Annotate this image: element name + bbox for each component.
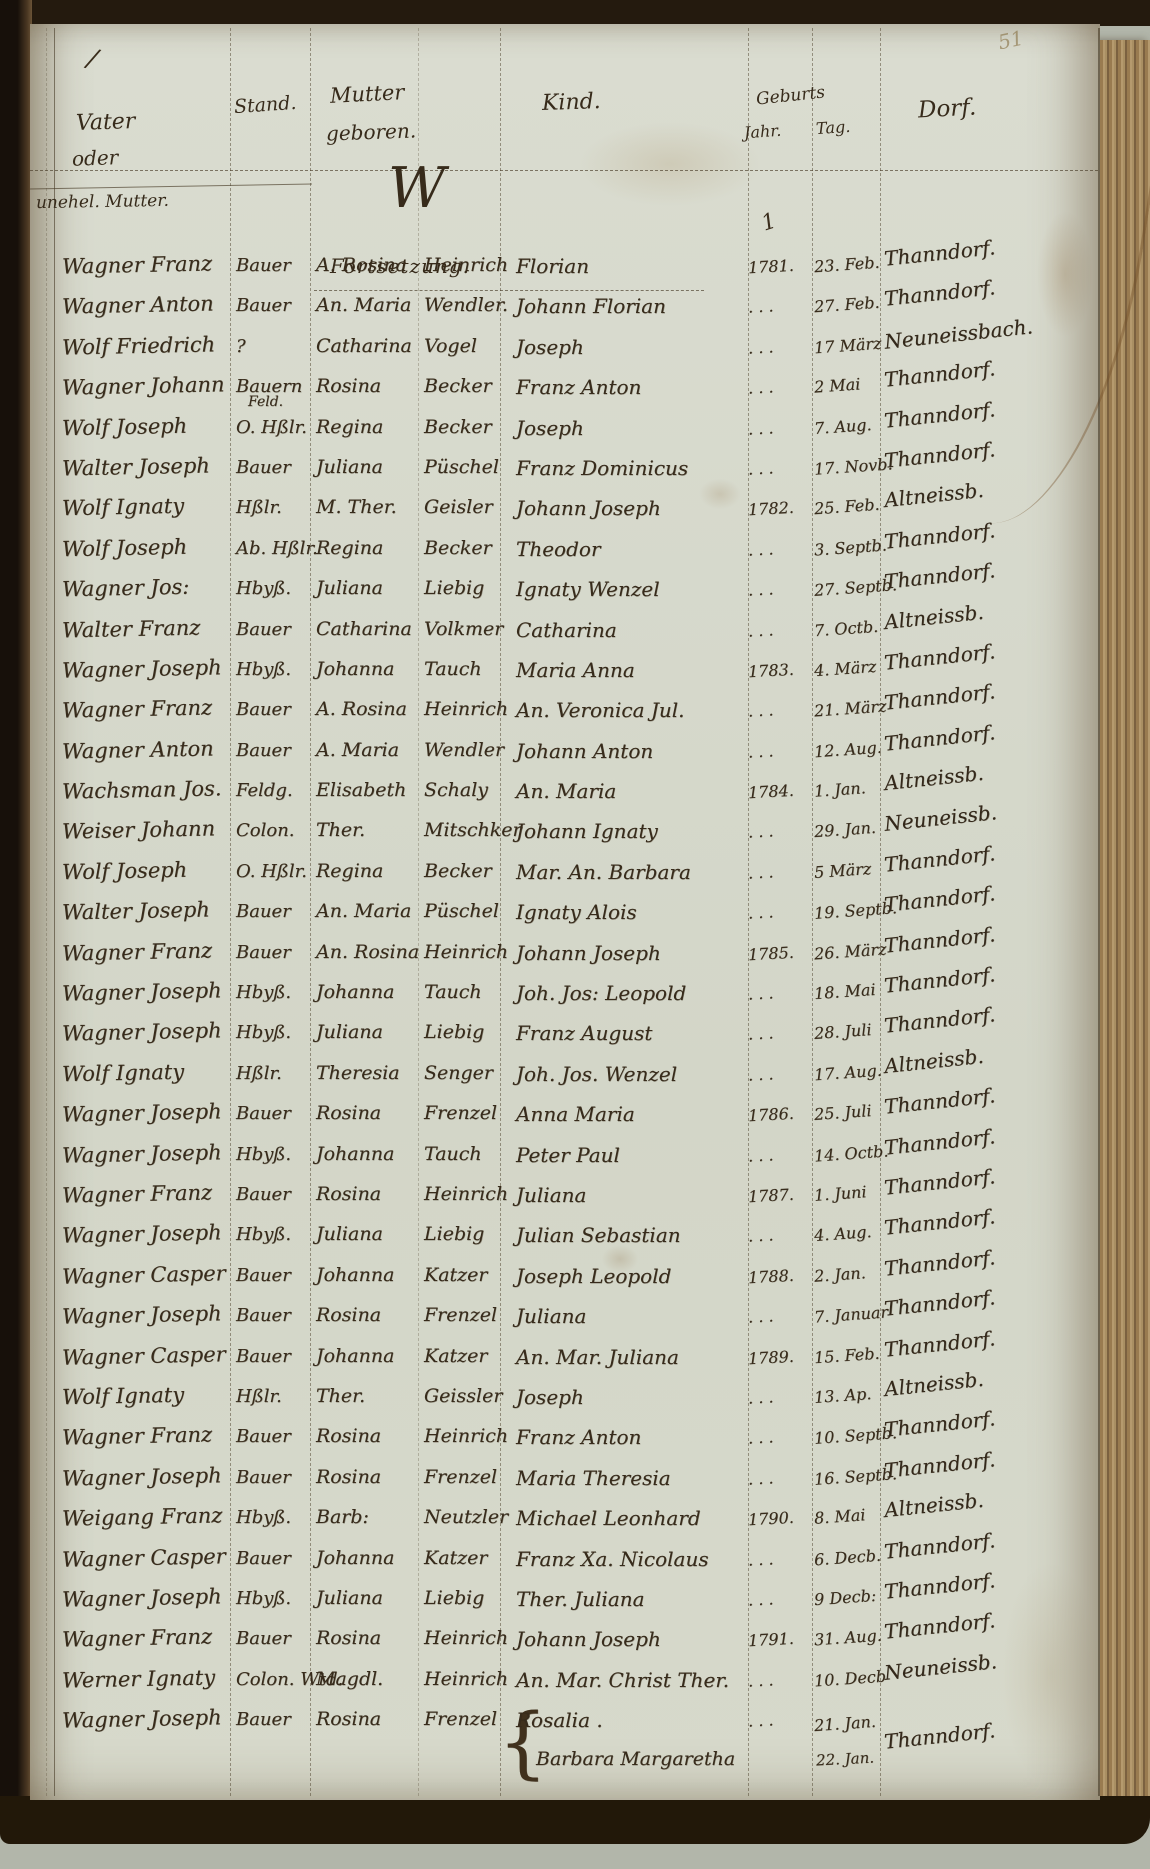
mother-surname: Heinrich: [424, 1183, 508, 1205]
mother-first-name: Rosina: [316, 1304, 381, 1326]
father-name: Weigang Franz: [62, 1503, 223, 1530]
father-name: Wagner Joseph: [62, 655, 222, 682]
stand-abbr: Hbyß.: [236, 1022, 291, 1043]
father-name: Weiser Johann: [62, 817, 216, 844]
father-name: Wolf Ignaty: [62, 494, 185, 521]
birth-year: . . .: [748, 1307, 774, 1327]
father-name: Wolf Joseph: [62, 858, 188, 885]
birth-day: 12. Aug.: [813, 737, 882, 761]
mother-surname: Tauch: [424, 658, 482, 680]
child-name: Johann Ignaty: [516, 819, 658, 843]
birth-day: 7. Octb.: [813, 616, 878, 639]
birth-year: . . .: [748, 620, 774, 640]
village-name: Thanndorf.: [883, 1718, 996, 1754]
father-name: Wagner Franz: [62, 1180, 213, 1207]
child-name: Franz Dominicus: [516, 456, 688, 480]
child-name: An. Maria: [516, 779, 616, 803]
stand-abbr: Bauer: [236, 619, 291, 640]
mother-first-name: Theresia: [316, 1062, 400, 1084]
mother-surname: Neutzler: [424, 1506, 508, 1528]
birth-day: 3. Septb.: [813, 535, 887, 559]
mother-first-name: Johanna: [316, 1547, 394, 1569]
birth-year: . . .: [748, 1387, 774, 1407]
mother-first-name: Regina: [316, 537, 383, 559]
book-binding-top-edge: [0, 0, 1150, 26]
birth-year: . . .: [748, 297, 774, 317]
birth-day: 4. Aug.: [813, 1222, 872, 1245]
mother-surname: Katzer: [424, 1547, 488, 1569]
mother-surname: Heinrich: [424, 1425, 508, 1447]
stand-abbr: Bauer: [236, 1426, 291, 1447]
mother-surname: Püschel: [424, 900, 499, 922]
stand-abbr: Bauer: [236, 1628, 291, 1649]
birth-day: 21. März: [813, 697, 887, 721]
father-name: Wolf Joseph: [62, 534, 188, 561]
stand-abbr: Bauer: [236, 1103, 291, 1124]
birth-year: . . .: [748, 1064, 774, 1084]
mother-surname: Frenzel: [424, 1304, 497, 1326]
birth-day: 9 Decb:: [813, 1586, 876, 1609]
table-row: Werner Ignaty Colon. Wtd. Magdl. Heinric…: [30, 1662, 1100, 1702]
birth-day-2: 22. Jan.: [816, 1749, 875, 1770]
stand-abbr: Hbyß.: [236, 982, 291, 1003]
birth-day: 17. Aug.: [813, 1060, 882, 1084]
child-name: Johann Florian: [516, 294, 666, 318]
stand-abbr: Bauer: [236, 740, 291, 761]
birth-day: 29. Jan.: [813, 818, 876, 841]
mother-surname: Tauch: [424, 981, 482, 1003]
birth-year: . . .: [748, 579, 774, 599]
birth-year: . . .: [748, 1428, 774, 1448]
father-name: Wagner Franz: [62, 1625, 213, 1652]
mother-first-name: Johanna: [316, 1264, 394, 1286]
birth-day: 7. Aug.: [813, 415, 872, 438]
mother-first-name: A. Rosina: [316, 254, 407, 276]
birth-year: . . .: [748, 378, 774, 398]
birth-year: . . .: [748, 862, 774, 882]
mother-first-name: Rosina: [316, 375, 381, 397]
mother-first-name: Juliana: [316, 1021, 383, 1043]
child-name: Joseph: [516, 335, 584, 359]
birth-day: 25. Juli: [813, 1101, 872, 1124]
birth-day: 13. Ap.: [813, 1384, 872, 1407]
birth-day: 1. Juni: [813, 1182, 867, 1205]
father-name: Wolf Friedrich: [62, 332, 216, 359]
mother-first-name: Catharina: [316, 335, 412, 357]
child-name: Ther. Juliana: [516, 1587, 645, 1611]
stand-abbr: Bauer: [236, 699, 291, 720]
mother-first-name: A. Rosina: [316, 698, 407, 720]
birth-day: 14. Octb.: [813, 1141, 889, 1165]
column-header-village: Dorf.: [917, 94, 977, 123]
child-name: Franz Xa. Nicolaus: [516, 1547, 709, 1571]
mother-first-name: Barb:: [316, 1506, 369, 1528]
birth-day: 31. Aug.: [813, 1626, 882, 1650]
birth-day: 2 Mai: [813, 375, 861, 397]
mother-surname: Wendler.: [424, 294, 508, 316]
mother-first-name: Regina: [316, 860, 383, 882]
father-name: Walter Joseph: [62, 898, 210, 925]
mother-surname: Schaly: [424, 779, 488, 801]
father-name: Wagner Casper: [62, 1342, 226, 1369]
child-name: Johann Joseph: [516, 941, 661, 965]
birth-day: 26. März: [813, 939, 887, 963]
father-name: Wagner Franz: [62, 696, 213, 723]
child-name: Johann Anton: [516, 739, 653, 763]
birth-year: . . .: [748, 1468, 774, 1488]
mother-surname: Becker: [424, 416, 492, 438]
birth-day: 18. Mai: [813, 980, 876, 1003]
father-name: Wolf Joseph: [62, 413, 188, 440]
child-name: Joh. Jos. Wenzel: [516, 1062, 677, 1086]
child-name: Johann Joseph: [516, 1627, 661, 1651]
mother-surname: Liebig: [424, 1021, 484, 1043]
mother-surname: Frenzel: [424, 1102, 497, 1124]
mother-surname: Liebig: [424, 1587, 484, 1609]
mother-surname: Tauch: [424, 1143, 482, 1165]
child-name: Peter Paul: [516, 1143, 620, 1167]
child-name: Julian Sebastian: [516, 1223, 681, 1247]
mother-surname: Wendler: [424, 739, 504, 761]
father-name: Werner Ignaty: [62, 1665, 216, 1692]
child-name: Franz Anton: [516, 1425, 641, 1449]
mother-first-name: An. Rosina: [316, 941, 419, 963]
birth-day: 2. Jan.: [813, 1263, 866, 1286]
child-name: Theodor: [516, 537, 601, 561]
stand-abbr: Bauer: [236, 901, 291, 922]
birth-year: . . .: [748, 903, 774, 923]
birth-year: 1784.: [748, 781, 795, 802]
birth-year: 1788.: [748, 1266, 795, 1287]
register-paper: Vater oder unehel. Mutter. Stand. Mutter…: [30, 24, 1100, 1800]
mother-first-name: Juliana: [316, 1587, 383, 1609]
child-name: Rosalia .: [516, 1708, 603, 1732]
birth-day: 17 März: [813, 333, 882, 357]
stand-abbr-2: Feld.: [248, 394, 283, 410]
stand-abbr: Hbyß.: [236, 578, 291, 599]
child-name-2: Barbara Margaretha: [536, 1748, 735, 1770]
birth-year: 1790.: [748, 1508, 795, 1529]
birth-day: 17. Novb.: [813, 454, 893, 478]
mother-first-name: Magdl.: [316, 1668, 383, 1690]
stand-abbr: Bauer: [236, 1709, 291, 1730]
child-name: Joseph: [516, 416, 584, 440]
stand-abbr: Ab. Hßlr.: [236, 538, 318, 559]
mother-surname: Katzer: [424, 1264, 488, 1286]
father-name: Wagner Joseph: [62, 1100, 222, 1127]
birth-day: 25. Feb.: [813, 495, 880, 519]
child-name: Juliana: [516, 1183, 586, 1207]
column-header-birth: Geburts: [755, 82, 826, 109]
birth-day: 6. Decb.: [813, 1545, 881, 1569]
mother-first-name: Catharina: [316, 618, 412, 640]
father-name: Wagner Joseph: [62, 1705, 222, 1732]
child-name: Maria Anna: [516, 658, 635, 682]
birth-year: 1785.: [748, 942, 795, 963]
mother-surname: Vogel: [424, 335, 477, 357]
birth-year: . . .: [748, 1024, 774, 1044]
stand-abbr: O. Hßlr.: [236, 417, 307, 438]
stand-abbr: Hbyß.: [236, 659, 291, 680]
table-row: Wagner Joseph Bauer Rosina Frenzel { Ros…: [30, 1702, 1100, 1788]
stand-abbr: Bauer: [236, 1305, 291, 1326]
mother-first-name: Ther.: [316, 1385, 365, 1407]
father-name: Wagner Anton: [62, 292, 214, 319]
father-name: Wagner Casper: [62, 1261, 226, 1288]
birth-day: 4. März: [813, 657, 877, 680]
mother-first-name: Rosina: [316, 1708, 381, 1730]
child-name: Florian: [516, 254, 589, 278]
birth-day: 8. Mai: [813, 1505, 866, 1528]
child-name: An. Veronica Jul.: [516, 698, 685, 722]
father-name: Wagner Johann: [62, 372, 225, 399]
stand-abbr: Hbyß.: [236, 1144, 291, 1165]
birth-year: . . .: [748, 822, 774, 842]
book-bottom-edge: [0, 1796, 1150, 1844]
village-name: Thanndorf.: [883, 235, 996, 271]
column-header-stand: Stand.: [233, 92, 297, 118]
scanned-register-page: Vater oder unehel. Mutter. Stand. Mutter…: [0, 0, 1150, 1869]
child-name: Maria Theresia: [516, 1466, 671, 1490]
father-name: Wagner Joseph: [62, 1140, 222, 1167]
rows: Wagner Franz Bauer A. Rosina Heinrich Fl…: [30, 248, 1100, 1788]
mother-surname: Püschel: [424, 456, 499, 478]
birth-day: 21. Jan.: [813, 1712, 876, 1735]
stand-abbr: Bauer: [236, 1467, 291, 1488]
father-name: Wagner Franz: [62, 251, 213, 278]
table-row: Wagner Anton Bauer An. Maria Wendler. Jo…: [30, 288, 1100, 328]
mother-first-name: Rosina: [316, 1102, 381, 1124]
birth-year: . . .: [748, 741, 774, 761]
birth-year: . . .: [748, 1549, 774, 1569]
stand-abbr: Feldg.: [236, 780, 293, 801]
stand-abbr: Hßlr.: [236, 497, 282, 518]
birth-year: 1782.: [748, 498, 795, 519]
mother-surname: Heinrich: [424, 698, 508, 720]
ink-mark-stroke: ∕: [85, 43, 101, 74]
father-name: Wagner Franz: [62, 938, 213, 965]
mother-first-name: Rosina: [316, 1183, 381, 1205]
mother-surname: Becker: [424, 375, 492, 397]
mother-first-name: Rosina: [316, 1627, 381, 1649]
stand-abbr: Bauer: [236, 295, 291, 316]
ink-mark-tick: 1: [758, 208, 779, 236]
child-name: Michael Leonhard: [516, 1506, 701, 1530]
mother-surname: Mitschker: [424, 819, 522, 841]
mother-first-name: Rosina: [316, 1425, 381, 1447]
stand-abbr: Bauer: [236, 942, 291, 963]
header-rule: [30, 170, 1098, 171]
birth-year: . . .: [748, 983, 774, 1003]
mother-surname: Volkmer: [424, 618, 503, 640]
birth-year: . . .: [748, 458, 774, 478]
mother-first-name: Johanna: [316, 1143, 394, 1165]
father-name: Wagner Jos:: [62, 575, 190, 602]
mother-surname: Katzer: [424, 1345, 488, 1367]
child-name: Franz Anton: [516, 375, 641, 399]
stand-abbr: Bauer: [236, 255, 291, 276]
column-header-father-line2: oder: [72, 145, 119, 171]
mother-surname: Heinrich: [424, 1668, 508, 1690]
birth-year: . . .: [748, 1710, 774, 1730]
father-name: Wagner Franz: [62, 1423, 213, 1450]
stand-abbr: Hbyß.: [236, 1507, 291, 1528]
birth-year: 1791.: [748, 1629, 795, 1650]
child-name: An. Mar. Juliana: [516, 1345, 679, 1369]
stand-abbr: Hbyß.: [236, 1588, 291, 1609]
birth-year: . . .: [748, 701, 774, 721]
column-header-mother-line2: geboren.: [326, 118, 417, 145]
mother-first-name: Ther.: [316, 819, 365, 841]
child-name: Mar. An. Barbara: [516, 860, 691, 884]
mother-first-name: An. Maria: [316, 294, 411, 316]
child-name: Franz August: [516, 1021, 652, 1045]
father-name: Wagner Joseph: [62, 1019, 222, 1046]
father-name: Wolf Ignaty: [62, 1383, 185, 1410]
stand-abbr: Bauer: [236, 1265, 291, 1286]
birth-day: 15. Feb.: [813, 1343, 880, 1367]
mother-surname: Frenzel: [424, 1708, 497, 1730]
mother-first-name: Johanna: [316, 1345, 394, 1367]
column-header-birth-day: Tag.: [815, 117, 851, 138]
column-header-father-line1: Vater: [76, 109, 136, 136]
mother-first-name: Johanna: [316, 981, 394, 1003]
column-header-mother-line1: Mutter: [329, 80, 405, 108]
stand-abbr: Hßlr.: [236, 1063, 282, 1084]
stand-abbr: Bauer: [236, 1548, 291, 1569]
mother-first-name: Juliana: [316, 577, 383, 599]
mother-surname: Heinrich: [424, 941, 508, 963]
birth-year: . . .: [748, 1589, 774, 1609]
mother-first-name: Elisabeth: [316, 779, 406, 801]
father-name: Wagner Joseph: [62, 1221, 222, 1248]
father-name: Walter Joseph: [62, 453, 210, 480]
birth-year: . . .: [748, 539, 774, 559]
birth-day: 1. Jan.: [813, 778, 866, 801]
mother-first-name: A. Maria: [316, 739, 399, 761]
book-binding-left-edge: [0, 0, 32, 1810]
child-name: Catharina: [516, 618, 617, 642]
stand-abbr: Hbyß.: [236, 1224, 291, 1245]
birth-year: 1783.: [748, 660, 795, 681]
mother-surname: Heinrich: [424, 1627, 508, 1649]
birth-day: 7. Januar: [813, 1303, 888, 1327]
father-name: Wagner Joseph: [62, 1463, 222, 1490]
column-header-father-line3: unehel. Mutter.: [36, 191, 169, 213]
birth-year: 1789.: [748, 1346, 795, 1367]
birth-day: 5 März: [813, 859, 871, 882]
father-name: Wagner Casper: [62, 1544, 226, 1571]
column-header-birth-year: Jahr.: [743, 121, 781, 143]
birth-year: . . .: [748, 418, 774, 438]
page-number: 51: [996, 26, 1026, 55]
mother-first-name: An. Maria: [316, 900, 411, 922]
birth-year: . . .: [748, 1226, 774, 1246]
birth-year: 1781.: [748, 256, 795, 277]
birth-year: 1787.: [748, 1185, 795, 1206]
child-name: Joseph: [516, 1385, 584, 1409]
birth-day: 23. Feb.: [813, 253, 880, 277]
birth-year: . . .: [748, 1670, 774, 1690]
mother-first-name: Regina: [316, 416, 383, 438]
mother-first-name: Rosina: [316, 1466, 381, 1488]
header-rule-left: [30, 184, 312, 190]
birth-year: . . .: [748, 1145, 774, 1165]
mother-first-name: M. Ther.: [316, 496, 397, 518]
mother-surname: Heinrich: [424, 254, 508, 276]
birth-year: . . .: [748, 337, 774, 357]
father-name: Wagner Anton: [62, 736, 214, 763]
mother-surname: Geisler: [424, 496, 493, 518]
father-name: Wagner Joseph: [62, 978, 222, 1005]
child-name: Johann Joseph: [516, 496, 661, 520]
stand-abbr: Bauer: [236, 1184, 291, 1205]
stand-abbr: Bauer: [236, 457, 291, 478]
stand-abbr: Colon.: [236, 820, 295, 841]
child-name: Juliana: [516, 1304, 586, 1328]
father-name: Walter Franz: [62, 615, 201, 642]
mother-surname: Becker: [424, 537, 492, 559]
mother-surname: Geissler: [424, 1385, 502, 1407]
mother-first-name: Johanna: [316, 658, 394, 680]
mother-surname: Liebig: [424, 1223, 484, 1245]
child-name: An. Mar. Christ Ther.: [516, 1668, 729, 1692]
mother-surname: Liebig: [424, 577, 484, 599]
child-name: Ignaty Wenzel: [516, 577, 660, 601]
mother-surname: Frenzel: [424, 1466, 497, 1488]
stand-abbr: O. Hßlr.: [236, 861, 307, 882]
father-name: Wachsman Jos.: [62, 776, 222, 803]
mother-first-name: Juliana: [316, 456, 383, 478]
birth-day: 27. Feb.: [813, 293, 880, 317]
father-name: Wolf Ignaty: [62, 1060, 185, 1087]
stand-abbr: Bauer: [236, 1346, 291, 1367]
mother-first-name: Juliana: [316, 1223, 383, 1245]
birth-year: 1786.: [748, 1104, 795, 1125]
child-name: Anna Maria: [516, 1102, 635, 1126]
mother-surname: Becker: [424, 860, 492, 882]
father-name: Wagner Joseph: [62, 1301, 222, 1328]
column-header-child: Kind.: [542, 89, 602, 116]
child-name: Joh. Jos: Leopold: [516, 981, 686, 1005]
stand-abbr: ?: [236, 336, 246, 357]
child-name: Joseph Leopold: [516, 1264, 671, 1288]
stand-abbr: Hßlr.: [236, 1386, 282, 1407]
birth-day: 10. Decb: [813, 1666, 886, 1690]
child-name: Ignaty Alois: [516, 900, 637, 924]
section-letter: W: [388, 156, 446, 221]
mother-surname: Senger: [424, 1062, 493, 1084]
father-name: Wagner Joseph: [62, 1584, 222, 1611]
birth-day: 28. Juli: [813, 1020, 872, 1043]
